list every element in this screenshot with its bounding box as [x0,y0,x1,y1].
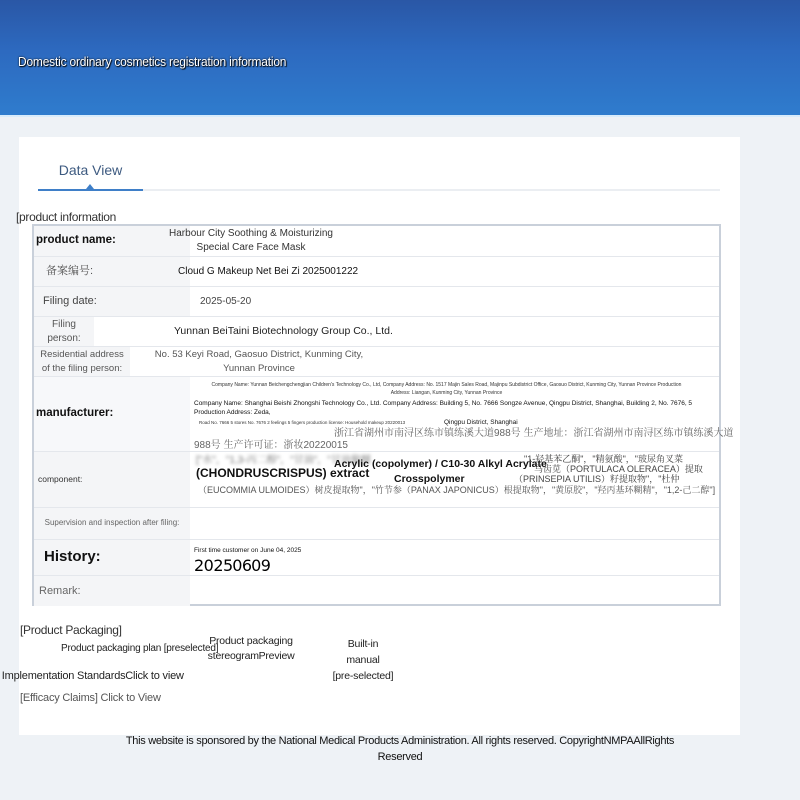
component-acrylic: Acrylic (copolymer) / C10-30 Alkyl Acryl… [334,457,547,472]
label-manufacturer: manufacturer: [34,377,190,451]
manufacturer-company-2-district: Qingpu District, Shanghai [444,418,518,427]
section-product-information: [product information [16,210,116,224]
manufacturer-license: 988号 生产许可证：浙妆20220015 [194,440,719,452]
value-record-number: Cloud G Makeup Net Bei Zi 2025001222 [172,257,719,286]
component-right-2: 马齿苋（PORTULACA OLERACEA）提取 [534,464,703,474]
component-line-3: （EUCOMMIA ULMOIDES）树皮提取物"，"竹节参（PANAX JAP… [198,485,715,495]
value-component: ["水"，"1,3-丙二醇"，"甘油"，"甘油聚醚 (CHONDRUSCRISP… [194,452,719,507]
built-in-manual-link[interactable]: Built-in manual [pre-selected] [330,636,396,684]
row-history: History: First time customer on June 04,… [34,540,719,576]
label-history: History: [34,540,190,575]
history-date: 20250609 [194,555,719,577]
value-history: First time customer on June 04, 2025 202… [194,540,719,575]
component-right-3: （PRINSEPIA UTILIS）籽提取物"，"杜仲 [514,474,679,484]
row-filing-date: Filing date: 2025-05-20 [34,287,719,317]
value-remark [190,576,719,606]
row-residential-address: Residential address of the filing person… [34,347,719,377]
row-manufacturer: manufacturer: Company Name: Yunnan Beich… [34,377,719,452]
packaging-stereogram-link[interactable]: Product packaging stereogramPreview [206,634,296,664]
component-right-1: "1-羟基苯乙酮"，"精氨酸"，"玻尿角叉菜 [524,454,683,464]
implementation-standards-link[interactable]: Implementation StandardsClick to view [2,670,184,682]
section-product-packaging: [Product Packaging] [20,623,122,637]
manual-line-1: Built-in manual [330,636,396,668]
efficacy-claims-link[interactable]: [Efficacy Claims] Click to View [20,692,161,704]
tab-bar: Data View [38,157,720,191]
value-filing-person: Yunnan BeiTaini Biotechnology Group Co.,… [168,317,719,346]
footer-line-2: Reserved [0,749,800,765]
manual-line-2: [pre-selected] [330,668,396,684]
value-product-name: Harbour City Soothing & Moisturizing Spe… [164,226,344,256]
footer: This website is sponsored by the Nationa… [0,733,800,765]
value-supervision [190,508,719,539]
label-filing-date: Filing date: [34,287,190,316]
row-component: component: ["水"，"1,3-丙二醇"，"甘油"，"甘油聚醚 (CH… [34,452,719,508]
history-first-time: First time customer on June 04, 2025 [194,546,719,555]
row-supervision: Supervision and inspection after filing: [34,508,719,540]
packaging-plan-link[interactable]: Product packaging plan [preselected] [61,643,218,654]
value-residential-address: No. 53 Keyi Road, Gaosuo District, Kunmi… [144,347,374,376]
row-record-number: 备案编号: Cloud G Makeup Net Bei Zi 20250012… [34,257,719,287]
manufacturer-company-2: Company Name: Shanghai Beishi Zhongshi T… [194,399,719,417]
label-residential-address: Residential address of the filing person… [34,347,130,376]
value-filing-date: 2025-05-20 [194,287,719,316]
label-supervision: Supervision and inspection after filing: [34,508,190,539]
stereogram-line-1: Product packaging [206,634,296,649]
manufacturer-company-3: 浙江省湖州市南浔区练市镇练溪大道988号 生产地址：浙江省湖州市南浔区练市镇练溪… [194,428,719,440]
row-remark: Remark: [34,576,719,606]
manufacturer-company-2-address: Road No. 7666 5 stores No. 7676 2 feelin… [199,419,405,426]
tab-data-view[interactable]: Data View [38,157,143,191]
manufacturer-company-1: Company Name: Yunnan Beichengchengjian C… [194,381,719,397]
footer-line-1: This website is sponsored by the Nationa… [0,733,800,749]
value-manufacturer: Company Name: Yunnan Beichengchengjian C… [194,377,719,451]
product-info-table: product name: Harbour City Soothing & Mo… [32,224,721,606]
label-filing-person: Filing person: [34,317,94,346]
label-component: component: [34,452,190,507]
header-banner: Domestic ordinary cosmetics registration… [0,0,800,117]
row-product-name: product name: Harbour City Soothing & Mo… [34,226,719,257]
stereogram-line-2: stereogramPreview [206,649,296,664]
page-title: Domestic ordinary cosmetics registration… [18,54,286,69]
label-remark: Remark: [34,576,190,606]
label-record-number: 备案编号: [34,257,190,286]
row-filing-person: Filing person: Yunnan BeiTaini Biotechno… [34,317,719,347]
